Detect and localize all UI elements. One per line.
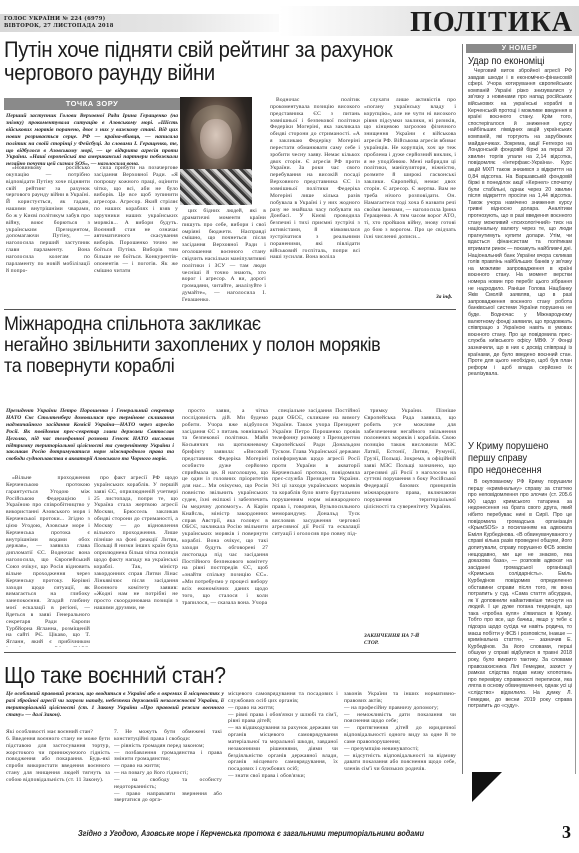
qa-column-3: місцевого самоврядування та посадових і … <box>228 691 338 817</box>
sidebar-tag: У НОМЕР <box>466 44 573 53</box>
column-text: тримку України. Пізніше Європейська Рада… <box>364 408 456 511</box>
headline-line: та повернути кораблі <box>4 356 427 377</box>
article2-column-4: спеціальне засідання Постійної ради ОБСЄ… <box>272 408 360 647</box>
column-text: слухати лише активістів про «погану укра… <box>364 97 456 241</box>
article3-lead: Це особливий правовий режим, що вводитьс… <box>6 691 224 719</box>
article2-headline[interactable]: Міжнародна спільнота закликає негайно зв… <box>4 314 427 377</box>
headline-line: У Криму порушено <box>468 440 548 452</box>
article1-source: За інф. <box>436 294 452 300</box>
sidebar-in-this-issue: У НОМЕР Удар по економіці Черговий виток… <box>462 44 576 774</box>
sidebar-story1-headline[interactable]: Удар по економіці <box>468 55 545 67</box>
masthead: ГОЛОС УКРАЇНИ № 224 (6979) ВІВТОРОК, 27 … <box>0 14 300 32</box>
article3-headline[interactable]: Що таке воєнний стан? <box>4 663 280 687</box>
portrait-photo <box>180 97 252 205</box>
issue-date: ВІВТОРОК, 27 ЛИСТОПАДА 2018 <box>0 23 300 30</box>
page-number: 3 <box>562 822 571 843</box>
column-text: про факт агресії РФ щодо українських кор… <box>94 475 178 612</box>
column-text: «Вільне проходження Керченською протокою… <box>6 475 90 647</box>
article1-lead: Перший заступник Голови Верховної Ради І… <box>6 113 178 168</box>
issue-number: ГОЛОС УКРАЇНИ № 224 (6979) <box>0 14 300 23</box>
column-text: законів України та інших нормативно-прав… <box>344 691 456 773</box>
sidebar-story2-body: В окупованому РФ Криму порушили першу «к… <box>468 479 572 769</box>
column-text: місцевого самоврядування та посадових і … <box>228 691 338 780</box>
article1-column-2: сила прибути на позачергове засідання Ве… <box>94 165 178 301</box>
section-banner: ПОЛІТИКА <box>279 6 579 36</box>
column-text: цих бідних людей, які в драматичні момен… <box>182 208 266 301</box>
sidebar-story2-headline[interactable]: У Криму порушено першу справу про недоне… <box>468 440 548 476</box>
continued-note[interactable]: ЗАКІНЧЕННЯ НА 7-Й СТОР. <box>364 633 424 646</box>
divider <box>4 652 456 653</box>
article1-headline[interactable]: Путін хоче підняти свій рейтинг за рахун… <box>4 38 427 84</box>
section-title: ПОЛІТИКА <box>410 9 573 37</box>
article2-column-2: про факт агресії РФ щодо українських кор… <box>94 475 178 647</box>
headline-line: Міжнародна спільнота закликає <box>4 314 427 335</box>
headline-line: першу справу <box>468 452 548 464</box>
qa-column-1: Які особливості має воєнний стан? 6. Вве… <box>6 729 110 817</box>
photo-scarf <box>180 169 252 205</box>
divider <box>4 309 456 310</box>
headline-line: негайно звільнити захоплених у полон мор… <box>4 335 427 356</box>
qa-column-4: законів України та інших нормативно-прав… <box>344 691 456 817</box>
qa-column-2: 7. Не можуть бути обмежені такі конститу… <box>114 729 222 817</box>
column-text: 7. Не можуть бути обмежені такі конститу… <box>114 729 222 804</box>
article1-column-3: цих бідних людей, які в драматичні момен… <box>182 208 266 301</box>
footer-tagline: Згідно з Угодою, Азовське море і Керченс… <box>78 829 420 838</box>
page-corner-fold <box>472 772 502 802</box>
column-text: Водночас політик прокоментувала позицію … <box>270 97 360 261</box>
sidebar-story1-body: Черговий виток збройної агресії РФ завда… <box>468 68 572 438</box>
column-text: сила прибути на позачергове засідання Ве… <box>94 165 178 275</box>
article2-lead: Президент України Петро Порошенко і Гене… <box>6 408 174 463</box>
article2-column-1: «Вільне проходження Керченською протокою… <box>6 475 90 647</box>
article1-column-4: Водночас політик прокоментувала позицію … <box>270 97 360 301</box>
article1-column-5: слухати лише активістів про «погану укра… <box>364 97 456 293</box>
column-text: «Новинкову російсько окупацію — потрібно… <box>6 165 90 275</box>
rubric-label: ТОЧКА ЗОРУ <box>4 98 180 110</box>
article2-column-3: просто заяви, а чітка послідовність дій.… <box>182 408 268 647</box>
story-text: Черговий виток збройної агресії РФ завда… <box>468 68 572 378</box>
article1-column-1: «Новинкову російсько окупацію — потрібно… <box>6 165 90 301</box>
headline-line: про недонесення <box>468 464 548 476</box>
photo-face <box>200 119 232 159</box>
column-text: спеціальне засідання Постійної ради ОБСЄ… <box>272 408 360 538</box>
column-text: просто заяви, а чітка послідовність дій.… <box>182 408 268 606</box>
article2-column-5: тримку України. Пізніше Європейська Рада… <box>364 408 456 630</box>
column-text: Які особливості має воєнний стан? 6. Вве… <box>6 729 110 784</box>
story-text: В окупованому РФ Криму порушили першу «к… <box>468 479 572 710</box>
